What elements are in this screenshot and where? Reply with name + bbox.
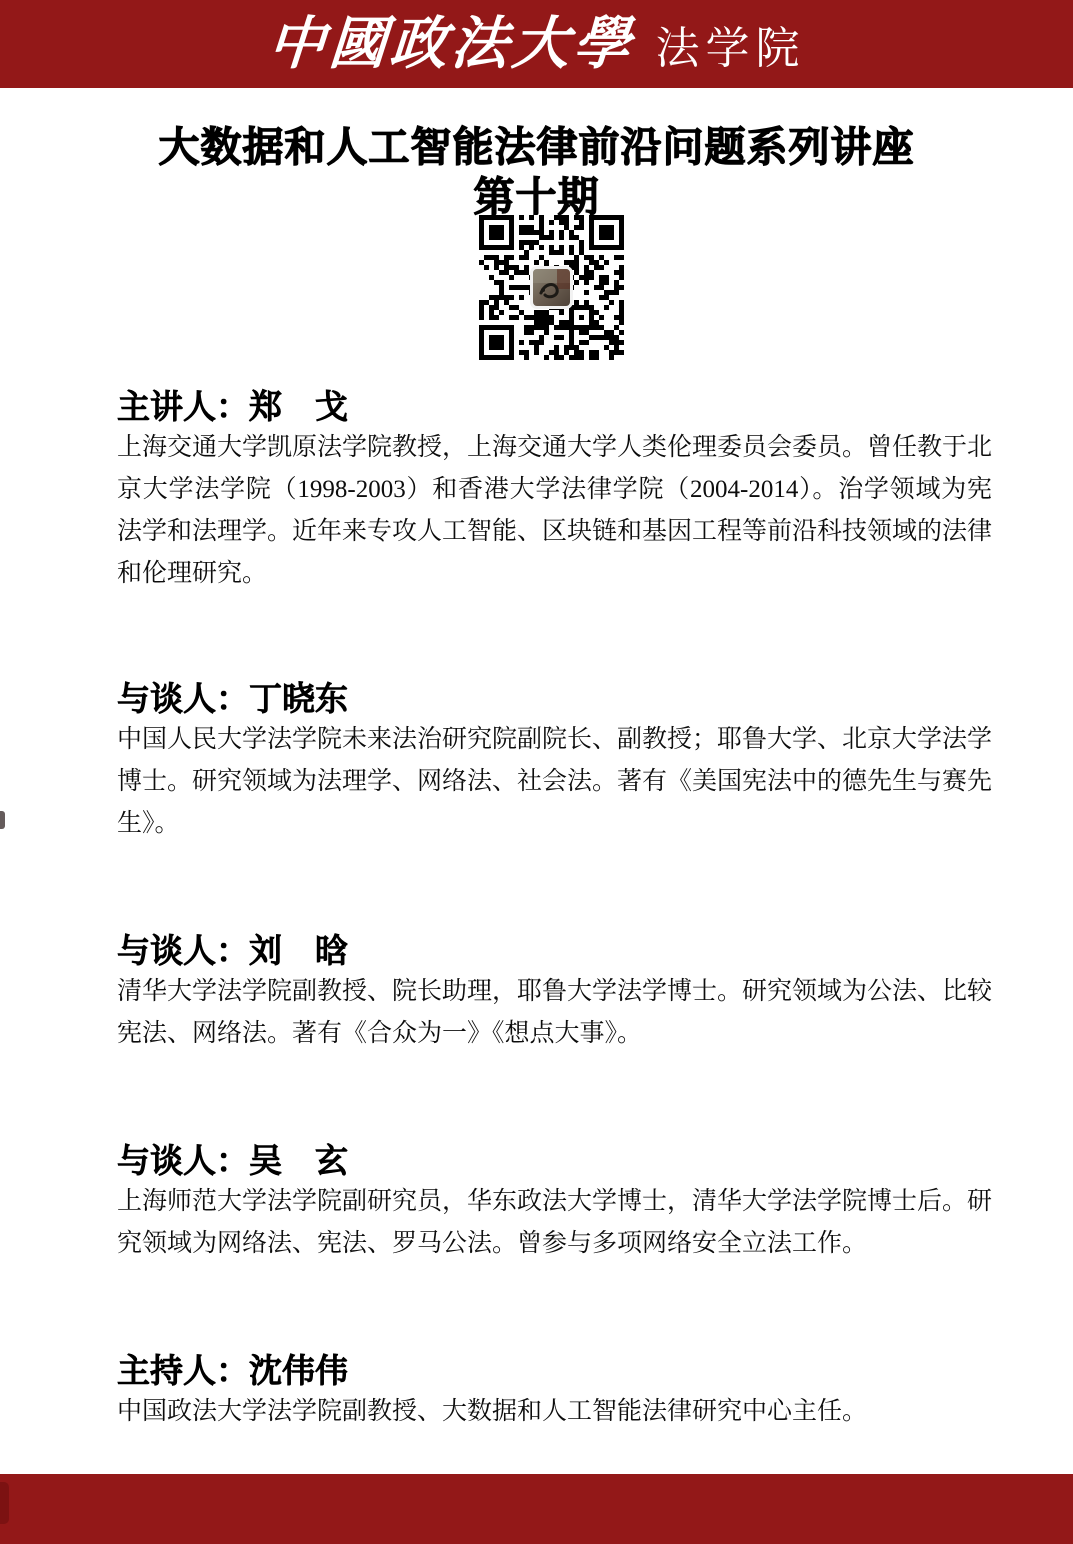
- header-banner: 中國政法大學 法学院: [0, 0, 1073, 88]
- speaker-bio: 中国政法大学法学院副教授、大数据和人工智能法律研究中心主任。: [117, 1391, 992, 1433]
- footer-bar: [0, 1474, 1073, 1544]
- bottom-bar-smudge: [0, 1482, 9, 1524]
- speaker-heading: 主讲人：郑 戈: [117, 389, 992, 427]
- speaker-section-shen-weiwei: 主持人：沈伟伟 中国政法大学法学院副教授、大数据和人工智能法律研究中心主任。: [117, 1353, 992, 1433]
- heading-colon: ：: [216, 1144, 249, 1180]
- left-edge-smudge: [0, 811, 5, 829]
- speaker-name: 丁晓东: [249, 682, 348, 718]
- speaker-section-liu-han: 与谈人：刘 晗 清华大学法学院副教授、院长助理，耶鲁大学法学博士。研究领域为公法…: [117, 933, 992, 1055]
- speaker-role: 主讲人: [117, 390, 216, 426]
- logo-calligraphy-text: 中國政法大學: [266, 16, 636, 73]
- speaker-role: 与谈人: [117, 1144, 216, 1180]
- poster-title: 大数据和人工智能法律前沿问题系列讲座 第十期: [0, 122, 1073, 222]
- speaker-bio: 上海交通大学凯原法学院教授，上海交通大学人类伦理委员会委员。曾任教于北京大学法学…: [117, 427, 992, 595]
- speaker-name: 沈伟伟: [249, 1354, 348, 1390]
- speaker-heading: 主持人：沈伟伟: [117, 1353, 992, 1391]
- speaker-bio: 中国人民大学法学院未来法治研究院副院长、副教授；耶鲁大学、北京大学法学博士。研究…: [117, 719, 992, 845]
- speaker-name: 刘 晗: [249, 934, 348, 970]
- speaker-bio: 清华大学法学院副教授、院长助理，耶鲁大学法学博士。研究领域为公法、比较宪法、网络…: [117, 971, 992, 1055]
- logo-school-text: 法学院: [656, 27, 806, 71]
- speaker-bio: 上海师范大学法学院副研究员，华东政法大学博士，清华大学法学院博士后。研究领域为网…: [117, 1181, 992, 1265]
- university-logo: 中國政法大學 法学院: [268, 16, 806, 73]
- avatar-photo-shape: [533, 269, 570, 306]
- poster-title-line1: 大数据和人工智能法律前沿问题系列讲座: [0, 122, 1073, 172]
- speaker-name: 郑 戈: [249, 390, 348, 426]
- speaker-heading: 与谈人：刘 晗: [117, 933, 992, 971]
- heading-colon: ：: [216, 1354, 249, 1390]
- heading-colon: ：: [216, 390, 249, 426]
- speaker-section-zheng-ge: 主讲人：郑 戈 上海交通大学凯原法学院教授，上海交通大学人类伦理委员会委员。曾任…: [117, 389, 992, 595]
- poster-page: 中國政法大學 法学院 大数据和人工智能法律前沿问题系列讲座 第十期 主讲人：郑 …: [0, 0, 1073, 1544]
- speaker-section-ding-xiaodong: 与谈人：丁晓东 中国人民大学法学院未来法治研究院副院长、副教授；耶鲁大学、北京大…: [117, 681, 992, 845]
- speaker-role: 主持人: [117, 1354, 216, 1390]
- speaker-role: 与谈人: [117, 682, 216, 718]
- speaker-name: 吴 玄: [249, 1144, 348, 1180]
- qr-center-avatar: [530, 266, 573, 309]
- speaker-role: 与谈人: [117, 934, 216, 970]
- wechat-qr-code-icon: [479, 215, 624, 360]
- heading-colon: ：: [216, 934, 249, 970]
- speaker-section-wu-xuan: 与谈人：吴 玄 上海师范大学法学院副研究员，华东政法大学博士，清华大学法学院博士…: [117, 1143, 992, 1265]
- speaker-heading: 与谈人：丁晓东: [117, 681, 992, 719]
- speaker-heading: 与谈人：吴 玄: [117, 1143, 992, 1181]
- heading-colon: ：: [216, 682, 249, 718]
